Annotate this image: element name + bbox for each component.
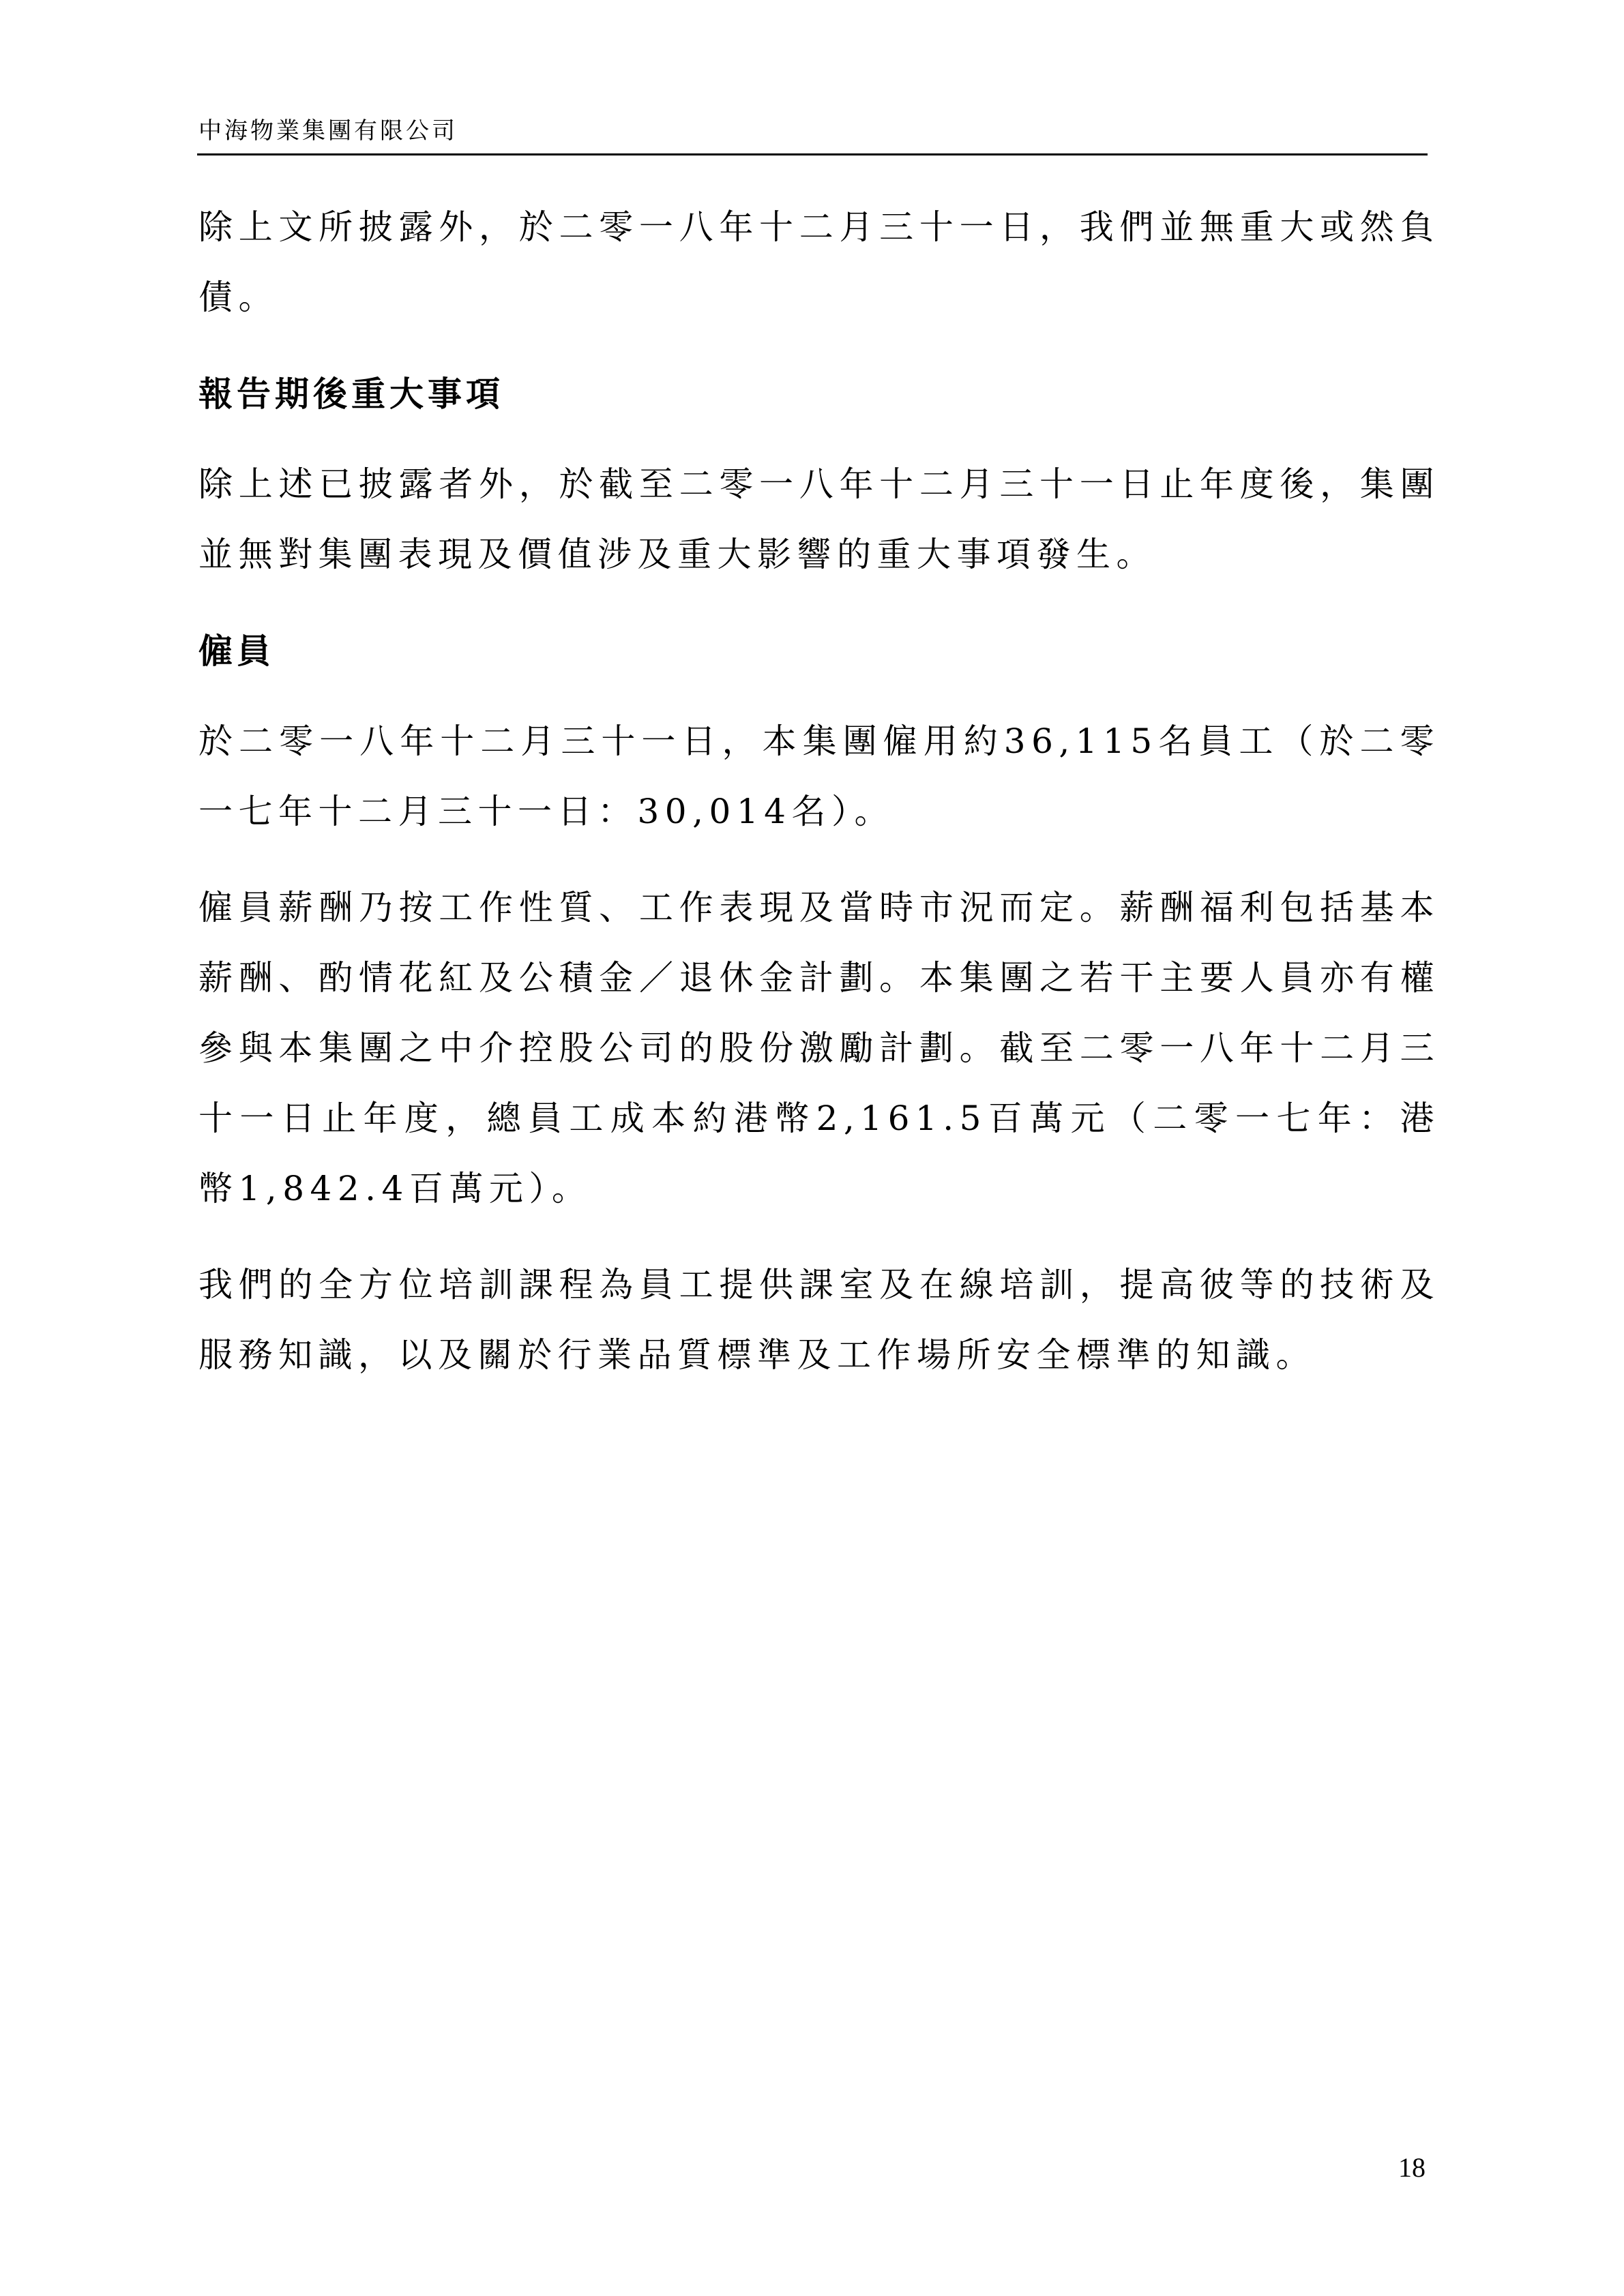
section-heading-events-after-reporting-period: 報告期後重大事項 xyxy=(198,359,1440,429)
contingent-liabilities-paragraph: 除上文所披露外，於二零一八年十二月三十一日，我們並無重大或然負債。 xyxy=(198,192,1440,333)
section-heading-employees: 僱員 xyxy=(198,616,1440,686)
employee-count-paragraph: 於二零一八年十二月三十一日，本集團僱用約36,115名員工（於二零一七年十二月三… xyxy=(198,706,1440,847)
page-header-company-name: 中海物業集團有限公司 xyxy=(198,116,458,146)
training-paragraph: 我們的全方位培訓課程為員工提供課室及在線培訓，提高彼等的技術及服務知識，以及關於… xyxy=(198,1250,1440,1390)
document-body: 除上文所披露外，於二零一八年十二月三十一日，我們並無重大或然負債。 報告期後重大… xyxy=(198,192,1440,1416)
header-divider xyxy=(197,153,1428,155)
remuneration-paragraph: 僱員薪酬乃按工作性質、工作表現及當時市況而定。薪酬福利包括基本薪酬、酌情花紅及公… xyxy=(198,873,1440,1224)
page-number: 18 xyxy=(1398,2151,1426,2183)
events-after-reporting-period-paragraph: 除上述已披露者外，於截至二零一八年十二月三十一日止年度後，集團並無對集團表現及價… xyxy=(198,449,1440,590)
